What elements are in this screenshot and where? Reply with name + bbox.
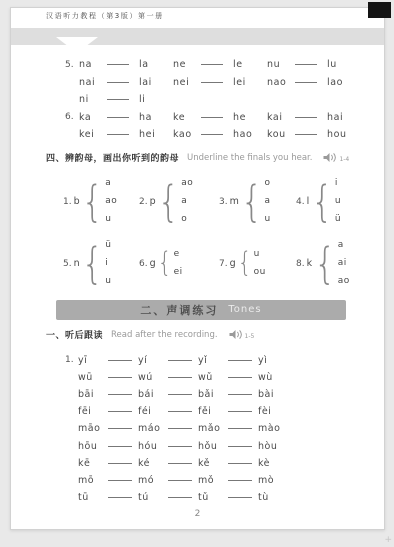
pinyin-syllable: kè — [258, 458, 288, 469]
corner-plus-icon: + — [384, 535, 392, 545]
brace-glyph: { — [311, 180, 333, 223]
final-option: o — [181, 213, 193, 226]
speaker-icon — [228, 329, 243, 340]
separator-dash — [108, 411, 132, 412]
pinyin-syllable: māo — [78, 423, 108, 434]
pinyin-syllable: kě — [198, 458, 228, 469]
pinyin-pair: keihei — [79, 129, 165, 140]
pinyin-syllable: hǒu — [198, 441, 228, 452]
pinyin-syllable: lai — [139, 77, 152, 88]
pinyin-syllable: kē — [78, 458, 108, 469]
separator-dash — [108, 446, 132, 447]
separator-dash — [228, 377, 252, 378]
drill-row: 5. nala nele nulu — [11, 56, 384, 74]
final-option: ou — [254, 266, 266, 279]
drill-row: keihei kaohao kouhou — [11, 126, 384, 144]
pinyin-syllable: hei — [139, 129, 155, 140]
pinyin-pair: kaohao — [173, 129, 259, 140]
pinyin-pair: neilei — [173, 77, 259, 88]
book-title: 汉语听力教程（第3版）第一册 — [46, 11, 164, 21]
final-option: u — [335, 195, 341, 208]
final-option: ü — [105, 239, 111, 252]
section-title-english: Tones — [228, 304, 261, 315]
finals-options: ao a o — [181, 177, 193, 226]
pinyin-syllable: na — [79, 59, 105, 70]
pinyin-syllable: le — [233, 59, 243, 70]
pinyin-pair: nala — [79, 59, 165, 70]
pinyin-syllable: yí — [138, 355, 168, 366]
pinyin-syllable: kao — [173, 129, 199, 140]
finals-section-heading: 四、辨韵母，画出你听到的韵母 Underline the finals you … — [11, 150, 384, 166]
final-option: a — [265, 195, 271, 208]
separator-dash — [168, 360, 192, 361]
pinyin-syllable: tǔ — [198, 492, 228, 503]
separator-dash — [108, 463, 132, 464]
page-number: 2 — [11, 509, 384, 519]
item-number: 7. — [219, 259, 228, 269]
finals-options: i u ü — [335, 177, 341, 226]
tone-row: tūtútǔtù — [11, 489, 384, 506]
pinyin-syllable: hóu — [138, 441, 168, 452]
page-content: 5. nala nele nulu nailai neilei naolao n… — [11, 56, 384, 519]
tone-row: mōmómǒmò — [11, 472, 384, 489]
separator-dash — [201, 64, 223, 65]
separator-dash — [228, 428, 252, 429]
initial-letter: p — [150, 196, 156, 207]
separator-dash — [107, 64, 129, 65]
pinyin-syllable: bǎi — [198, 389, 228, 400]
initial-letter: l — [307, 196, 310, 207]
finals-options: ü i u — [105, 239, 111, 288]
separator-dash — [107, 134, 129, 135]
brace-glyph: { — [241, 180, 263, 223]
pinyin-syllable: mǒ — [198, 475, 228, 486]
finals-item: 4. l { i u ü — [296, 177, 341, 226]
pinyin-pair: kaihai — [267, 112, 353, 123]
audio-track-number: 1-4 — [339, 156, 349, 163]
item-number: 2. — [139, 197, 148, 207]
pinyin-syllable: lu — [327, 59, 337, 70]
tone-row: kēkékěkè — [11, 455, 384, 472]
pinyin-syllable: kai — [267, 112, 293, 123]
book-page: 汉语听力教程（第3版）第一册 5. nala nele nulu nailai … — [10, 7, 385, 530]
final-option: a — [338, 239, 350, 252]
pinyin-syllable: tù — [258, 492, 288, 503]
tone-row: fēiféifěifèi — [11, 403, 384, 420]
final-option: ü — [335, 213, 341, 226]
pinyin-syllable: hai — [327, 112, 343, 123]
initial-letter: b — [74, 196, 80, 207]
finals-options: a ao u — [105, 177, 117, 226]
pinyin-syllable: hou — [327, 129, 347, 140]
audio-indicator: 1-5 — [228, 329, 255, 340]
finals-options: u ou — [254, 248, 266, 279]
tone-row: hōuhóuhǒuhòu — [11, 437, 384, 454]
tone-row: 1.yīyíyǐyì — [11, 352, 384, 369]
separator-dash — [201, 82, 223, 83]
pinyin-syllable: mò — [258, 475, 288, 486]
finals-item: 3. m { o a u — [219, 177, 296, 226]
pinyin-pair: kehe — [173, 112, 259, 123]
pinyin-syllable: ni — [79, 94, 105, 105]
separator-dash — [228, 463, 252, 464]
tone-row: wūwúwǔwù — [11, 369, 384, 386]
separator-dash — [108, 480, 132, 481]
separator-dash — [201, 134, 223, 135]
separator-dash — [228, 497, 252, 498]
pinyin-syllable: mō — [78, 475, 108, 486]
black-corner-tab — [368, 2, 391, 18]
separator-dash — [107, 82, 129, 83]
drill-row: 6. kaha kehe kaihai — [11, 109, 384, 127]
separator-dash — [168, 446, 192, 447]
pinyin-pair: nulu — [267, 59, 353, 70]
pinyin-syllable: hao — [233, 129, 252, 140]
pinyin-syllable: wǔ — [198, 372, 228, 383]
item-number: 6. — [65, 112, 79, 122]
separator-dash — [107, 117, 129, 118]
pinyin-syllable: kei — [79, 129, 105, 140]
drill-row: nili — [11, 91, 384, 109]
finals-item: 5. n { ü i u — [63, 239, 139, 288]
pinyin-syllable: bái — [138, 389, 168, 400]
initial-letter: g — [150, 258, 156, 269]
item-number: 3. — [219, 197, 228, 207]
subheading-english: Read after the recording. — [111, 330, 218, 340]
tone-row: bāibáibǎibài — [11, 386, 384, 403]
finals-item: 2. p { ao a o — [139, 177, 219, 226]
final-option: u — [254, 248, 266, 261]
tones-section-bar: 二、声调练习 Tones — [56, 300, 346, 320]
pinyin-syllable: fěi — [198, 406, 228, 417]
separator-dash — [107, 99, 129, 100]
brace-glyph: { — [314, 242, 336, 285]
finals-item: 8. k { a ai ao — [296, 239, 350, 288]
pinyin-syllable: féi — [138, 406, 168, 417]
pinyin-syllable: mǎo — [198, 423, 228, 434]
item-number: 1. — [65, 355, 78, 365]
final-option: ao — [181, 177, 193, 190]
final-option: a — [181, 195, 193, 208]
pinyin-syllable: tú — [138, 492, 168, 503]
separator-dash — [108, 394, 132, 395]
final-option: e — [174, 248, 183, 261]
separator-dash — [295, 82, 317, 83]
pinyin-syllable: lao — [327, 77, 343, 88]
finals-options: e ei — [174, 248, 183, 279]
pinyin-syllable: ha — [139, 112, 152, 123]
final-option: ao — [338, 275, 350, 288]
separator-dash — [168, 480, 192, 481]
final-option: ei — [174, 266, 183, 279]
separator-dash — [228, 480, 252, 481]
pinyin-syllable: wù — [258, 372, 288, 383]
brace-glyph: { — [238, 250, 252, 278]
final-option: u — [265, 213, 271, 226]
pinyin-syllable: li — [139, 94, 145, 105]
pinyin-syllable: fēi — [78, 406, 108, 417]
pinyin-syllable: wú — [138, 372, 168, 383]
pinyin-pair: kouhou — [267, 129, 353, 140]
final-option: u — [105, 275, 111, 288]
separator-dash — [108, 360, 132, 361]
finals-options: a ai ao — [338, 239, 350, 288]
finals-item: 6. g { e ei — [139, 248, 219, 279]
final-option: ai — [338, 257, 350, 270]
final-option: ao — [105, 195, 117, 208]
pinyin-syllable: fèi — [258, 406, 288, 417]
heading-english: Underline the finals you hear. — [187, 153, 312, 163]
separator-dash — [228, 411, 252, 412]
separator-dash — [295, 117, 317, 118]
separator-dash — [168, 394, 192, 395]
initial-letter: g — [230, 258, 236, 269]
pinyin-syllable: ne — [173, 59, 199, 70]
separator-dash — [228, 360, 252, 361]
brace-glyph: { — [82, 180, 104, 223]
item-number: 4. — [296, 197, 305, 207]
audio-track-number: 1-5 — [245, 333, 255, 340]
final-option: i — [335, 177, 341, 190]
screenshot-stage: + 汉语听力教程（第3版）第一册 5. nala nele nulu naila… — [0, 0, 394, 547]
final-option: a — [105, 177, 117, 190]
pinyin-syllable: nu — [267, 59, 293, 70]
initial-letter: m — [230, 196, 239, 207]
header-notch — [56, 37, 98, 53]
pinyin-syllable: ka — [79, 112, 105, 123]
pinyin-syllable: nei — [173, 77, 199, 88]
separator-dash — [168, 428, 192, 429]
pinyin-syllable: kou — [267, 129, 293, 140]
pinyin-syllable: hòu — [258, 441, 288, 452]
finals-item: 1. b { a ao u — [63, 177, 139, 226]
pinyin-syllable: bài — [258, 389, 288, 400]
item-number: 8. — [296, 259, 305, 269]
pinyin-syllable: tū — [78, 492, 108, 503]
pinyin-syllable: mó — [138, 475, 168, 486]
pinyin-syllable: yǐ — [198, 355, 228, 366]
subheading-chinese: 一、听后跟读 — [46, 328, 103, 341]
initial-letter: k — [307, 258, 313, 269]
tone-row: māomáomǎomào — [11, 420, 384, 437]
drill-row: nailai neilei naolao — [11, 74, 384, 92]
tones-subheading: 一、听后跟读 Read after the recording. 1-5 — [11, 328, 384, 342]
tone-table: 1.yīyíyǐyì wūwúwǔwù bāibáibǎibài fēiféif… — [11, 352, 384, 507]
pinyin-pair: nili — [79, 94, 165, 105]
pinyin-syllable: ké — [138, 458, 168, 469]
finals-row: 1. b { a ao u 2. p { ao a o — [11, 174, 384, 230]
separator-dash — [168, 411, 192, 412]
pinyin-pair: nailai — [79, 77, 165, 88]
item-number: 5. — [63, 259, 72, 269]
separator-dash — [168, 463, 192, 464]
pinyin-syllable: wū — [78, 372, 108, 383]
finals-item: 7. g { u ou — [219, 248, 296, 279]
separator-dash — [168, 497, 192, 498]
item-number: 5. — [65, 60, 79, 70]
pinyin-pair: naolao — [267, 77, 353, 88]
separator-dash — [201, 117, 223, 118]
brace-glyph: { — [158, 250, 172, 278]
separator-dash — [295, 64, 317, 65]
pinyin-syllable: hōu — [78, 441, 108, 452]
audio-indicator: 1-4 — [322, 152, 349, 163]
section-title-chinese: 二、声调练习 — [140, 302, 218, 318]
separator-dash — [108, 428, 132, 429]
pinyin-syllable: nao — [267, 77, 293, 88]
pinyin-syllable: máo — [138, 423, 168, 434]
brace-glyph: { — [158, 180, 180, 223]
pinyin-syllable: mào — [258, 423, 288, 434]
pinyin-syllable: bāi — [78, 389, 108, 400]
final-option: u — [105, 213, 117, 226]
pinyin-pair: kaha — [79, 112, 165, 123]
finals-options: o a u — [265, 177, 271, 226]
separator-dash — [108, 377, 132, 378]
item-number: 6. — [139, 259, 148, 269]
pinyin-syllable: yī — [78, 355, 108, 366]
final-option: o — [265, 177, 271, 190]
separator-dash — [108, 497, 132, 498]
pinyin-pair: nele — [173, 59, 259, 70]
pinyin-syllable: lei — [233, 77, 246, 88]
separator-dash — [168, 377, 192, 378]
pinyin-syllable: ke — [173, 112, 199, 123]
final-option: i — [105, 257, 111, 270]
finals-row: 5. n { ü i u 6. g { e ei — [11, 236, 384, 292]
item-number: 1. — [63, 197, 72, 207]
separator-dash — [295, 134, 317, 135]
pinyin-syllable: la — [139, 59, 149, 70]
pinyin-syllable: nai — [79, 77, 105, 88]
brace-glyph: { — [82, 242, 104, 285]
speaker-icon — [322, 152, 337, 163]
separator-dash — [228, 394, 252, 395]
pinyin-syllable: yì — [258, 355, 288, 366]
initial-letter: n — [74, 258, 80, 269]
heading-chinese: 四、辨韵母，画出你听到的韵母 — [46, 151, 179, 164]
separator-dash — [228, 446, 252, 447]
pinyin-syllable: he — [233, 112, 246, 123]
